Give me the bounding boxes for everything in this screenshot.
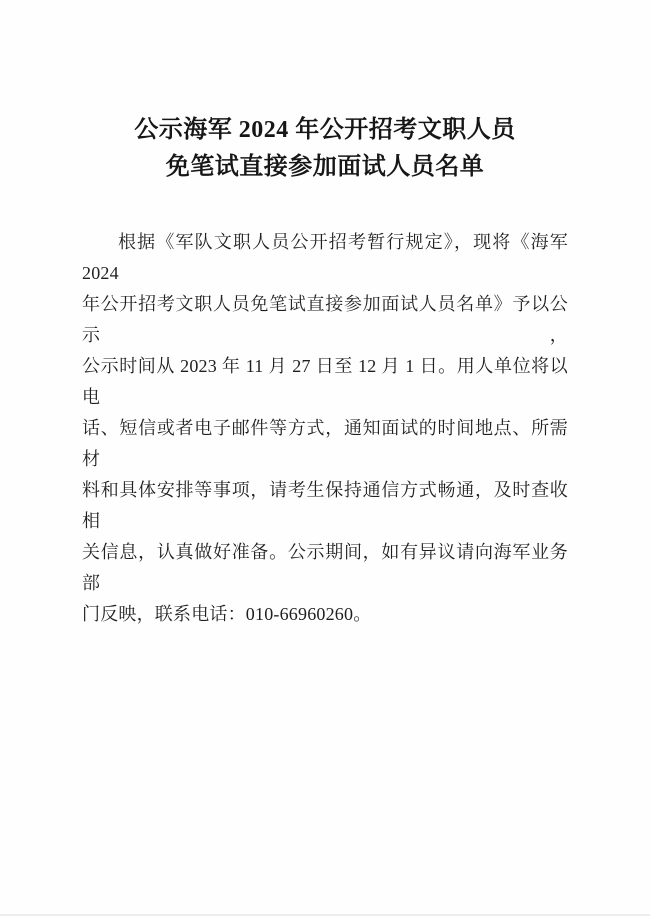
document-page: 公示海军 2024 年公开招考文职人员 免笔试直接参加面试人员名单 根据《军队文… [0,0,650,919]
page-bottom-edge [0,914,650,916]
body-line-last: 门反映，联系电话：010-66960260。 [82,599,568,630]
title-line-1: 公示海军 2024 年公开招考文职人员 [82,112,568,149]
body-paragraph: 根据《军队文职人员公开招考暂行规定》，现将《海军 2024 年公开招考文职人员免… [82,227,568,630]
document-title: 公示海军 2024 年公开招考文职人员 免笔试直接参加面试人员名单 [82,112,568,186]
body-line: 料和具体安排等事项，请考生保持通信方式畅通，及时查收相 [82,475,568,537]
body-line: 年公开招考文职人员免笔试直接参加面试人员名单》予以公示， [82,289,568,351]
body-line: 话、短信或者电子邮件等方式，通知面试的时间地点、所需材 [82,413,568,475]
body-line: 根据《军队文职人员公开招考暂行规定》，现将《海军 2024 [82,227,568,289]
body-line: 关信息，认真做好准备。公示期间，如有异议请向海军业务部 [82,537,568,599]
title-line-2: 免笔试直接参加面试人员名单 [82,149,568,186]
body-line: 公示时间从 2023 年 11 月 27 日至 12 月 1 日。用人单位将以电 [82,351,568,413]
